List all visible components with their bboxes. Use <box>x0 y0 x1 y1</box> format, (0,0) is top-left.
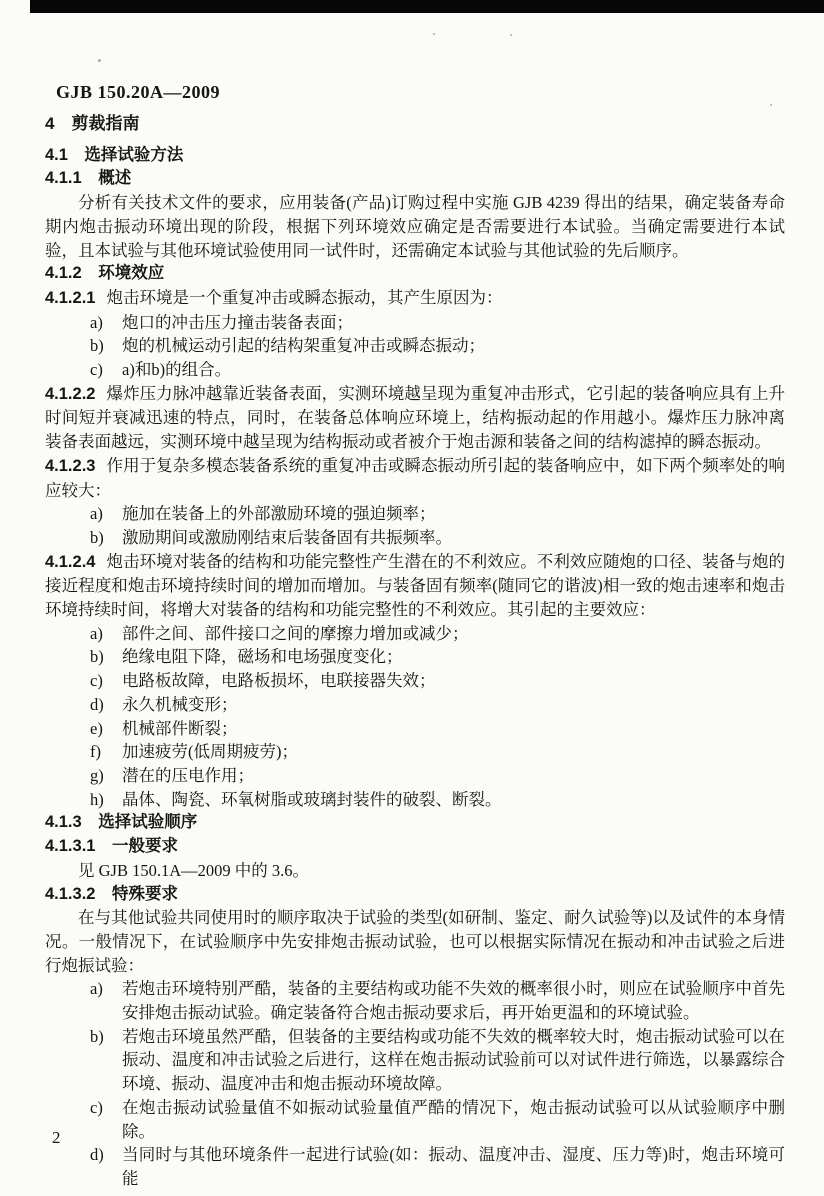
list-item-label: b) <box>90 645 104 669</box>
list-item: d)永久机械变形； <box>45 693 785 717</box>
clause-text: 作用于复杂多模态装备系统的重复冲击或瞬态振动所引起的装备响应中，如下两个频率处的… <box>45 456 785 500</box>
list-item-label: a) <box>90 977 103 1001</box>
scan-speck <box>140 1158 142 1160</box>
list-item-text: 施加在装备上的外部激励环境的强迫频率； <box>122 504 436 523</box>
list-item-text: 电路板故障，电路板损坏，电联接器失效； <box>122 671 436 690</box>
document-standard-code: GJB 150.20A—2009 <box>56 82 220 103</box>
list-item-text: 若炮击环境特别严酷，装备的主要结构或功能不失效的概率很小时，则应在试验顺序中首先… <box>122 979 785 1022</box>
list-item-label: a) <box>90 502 103 526</box>
list-item-text: 部件之间、部件接口之间的摩擦力增加或减少； <box>122 624 469 643</box>
heading-4-1-3: 4.1.3 选择试验顺序 <box>45 811 785 835</box>
heading-4-1-1: 4.1.1 概述 <box>45 167 785 191</box>
scan-speck <box>433 33 435 35</box>
scan-speck <box>510 34 512 36</box>
list-item: h)晶体、陶瓷、环氧树脂或玻璃封装件的破裂、断裂。 <box>45 788 785 812</box>
scan-speck <box>98 59 101 62</box>
list-item-label: b) <box>90 334 104 358</box>
list-item: b)激励期间或激励刚结束后装备固有共振频率。 <box>45 526 785 550</box>
list-item-text: 在炮击振动试验量值不如振动试验量值严酷的情况下，炮击振动试验可以从试验顺序中删除… <box>122 1098 785 1141</box>
heading-4-1-2: 4.1.2 环境效应 <box>45 262 785 286</box>
heading-4-1-3-1: 4.1.3.1 一般要求 <box>45 835 785 859</box>
list-item-label: e) <box>90 717 103 741</box>
list-item: c)在炮击振动试验量值不如振动试验量值严酷的情况下，炮击振动试验可以从试验顺序中… <box>45 1096 785 1143</box>
clause-number: 4.1.2.4 <box>45 553 95 571</box>
scan-speck <box>770 104 772 106</box>
paragraph: 在与其他试验共同使用时的顺序取决于试验的类型(如研制、鉴定、耐久试验等)以及试件… <box>45 906 785 977</box>
list-item: a)炮口的冲击压力撞击装备表面； <box>45 311 785 335</box>
list-item-text: 机械部件断裂； <box>122 719 238 738</box>
list-item-label: b) <box>90 1025 104 1049</box>
list-item: a)若炮击环境特别严酷，装备的主要结构或功能不失效的概率很小时，则应在试验顺序中… <box>45 977 785 1024</box>
clause-text: 炮击环境对装备的结构和功能完整性产生潜在的不利效应。不利效应随炮的口径、装备与炮… <box>45 552 785 619</box>
list-item-label: c) <box>90 669 103 693</box>
list-item-text: 晶体、陶瓷、环氧树脂或玻璃封装件的破裂、断裂。 <box>122 790 502 809</box>
list-item-label: g) <box>90 764 104 788</box>
list-item-label: d) <box>90 1143 104 1167</box>
list-item-label: h) <box>90 788 104 812</box>
clause-number: 4.1.2.2 <box>45 385 95 403</box>
heading-4-1: 4.1 选择试验方法 <box>45 144 785 168</box>
scanned-document-page: { "page": { "header_code": "GJB 150.20A—… <box>0 0 824 1196</box>
list-item-label: a) <box>90 622 103 646</box>
heading-section-4: 4 剪裁指南 <box>45 112 785 136</box>
list-item: a)施加在装备上的外部激励环境的强迫频率； <box>45 502 785 526</box>
paragraph: 见 GJB 150.1A—2009 中的 3.6。 <box>45 859 785 883</box>
list-item-text: 绝缘电阻下降，磁场和电场强度变化； <box>122 647 403 666</box>
list-item-text: 炮的机械运动引起的结构架重复冲击或瞬态振动； <box>122 336 485 355</box>
list-item-label: d) <box>90 693 104 717</box>
scan-artifact-top-bar <box>30 0 824 13</box>
list-item-label: c) <box>90 358 103 382</box>
list-item: d)当同时与其他环境条件一起进行试验(如：振动、温度冲击、湿度、压力等)时，炮击… <box>45 1143 785 1190</box>
clause-4-1-2-1: 4.1.2.1炮击环境是一个重复冲击或瞬态振动，其产生原因为： <box>45 286 785 311</box>
list-item: e)机械部件断裂； <box>45 717 785 741</box>
list-item-text: 永久机械变形； <box>122 695 238 714</box>
list-item: b)若炮击环境虽然严酷，但装备的主要结构或功能不失效的概率较大时，炮击振动试验可… <box>45 1025 785 1096</box>
list-item-text: a)和b)的组合。 <box>122 360 231 379</box>
document-body: 4 剪裁指南 4.1 选择试验方法 4.1.1 概述 分析有关技术文件的要求，应… <box>45 112 785 1191</box>
list-item-label: c) <box>90 1096 103 1120</box>
list-item: a)部件之间、部件接口之间的摩擦力增加或减少； <box>45 622 785 646</box>
list-item-text: 激励期间或激励刚结束后装备固有共振频率。 <box>122 528 452 547</box>
paragraph: 分析有关技术文件的要求，应用装备(产品)订购过程中实施 GJB 4239 得出的… <box>45 191 785 262</box>
clause-number: 4.1.2.1 <box>45 289 95 307</box>
list-item: c)a)和b)的组合。 <box>45 358 785 382</box>
list-item: c)电路板故障，电路板损坏，电联接器失效； <box>45 669 785 693</box>
clause-4-1-2-2: 4.1.2.2爆炸压力脉冲越靠近装备表面，实测环境越呈现为重复冲击形式，它引起的… <box>45 382 785 454</box>
list-item-text: 潜在的压电作用； <box>122 766 254 785</box>
clause-4-1-2-4: 4.1.2.4炮击环境对装备的结构和功能完整性产生潜在的不利效应。不利效应随炮的… <box>45 550 785 622</box>
heading-4-1-3-2: 4.1.3.2 特殊要求 <box>45 883 785 907</box>
clause-text: 炮击环境是一个重复冲击或瞬态振动，其产生原因为： <box>106 288 502 307</box>
list-item-text: 若炮击环境虽然严酷，但装备的主要结构或功能不失效的概率较大时，炮击振动试验可以在… <box>122 1027 785 1093</box>
list-item-label: f) <box>90 740 101 764</box>
list-item-text: 当同时与其他环境条件一起进行试验(如：振动、温度冲击、湿度、压力等)时，炮击环境… <box>122 1145 785 1188</box>
clause-text: 爆炸压力脉冲越靠近装备表面，实测环境越呈现为重复冲击形式，它引起的装备响应具有上… <box>45 384 785 451</box>
list-item-text: 加速疲劳(低周期疲劳)； <box>122 742 298 761</box>
clause-number: 4.1.2.3 <box>45 457 95 475</box>
page-number: 2 <box>52 1128 61 1148</box>
list-item: g)潜在的压电作用； <box>45 764 785 788</box>
list-item-label: a) <box>90 311 103 335</box>
list-item: b)绝缘电阻下降，磁场和电场强度变化； <box>45 645 785 669</box>
list-item: b)炮的机械运动引起的结构架重复冲击或瞬态振动； <box>45 334 785 358</box>
clause-4-1-2-3: 4.1.2.3作用于复杂多模态装备系统的重复冲击或瞬态振动所引起的装备响应中，如… <box>45 454 785 502</box>
list-item-label: b) <box>90 526 104 550</box>
list-item: f)加速疲劳(低周期疲劳)； <box>45 740 785 764</box>
list-item-text: 炮口的冲击压力撞击装备表面； <box>122 313 353 332</box>
